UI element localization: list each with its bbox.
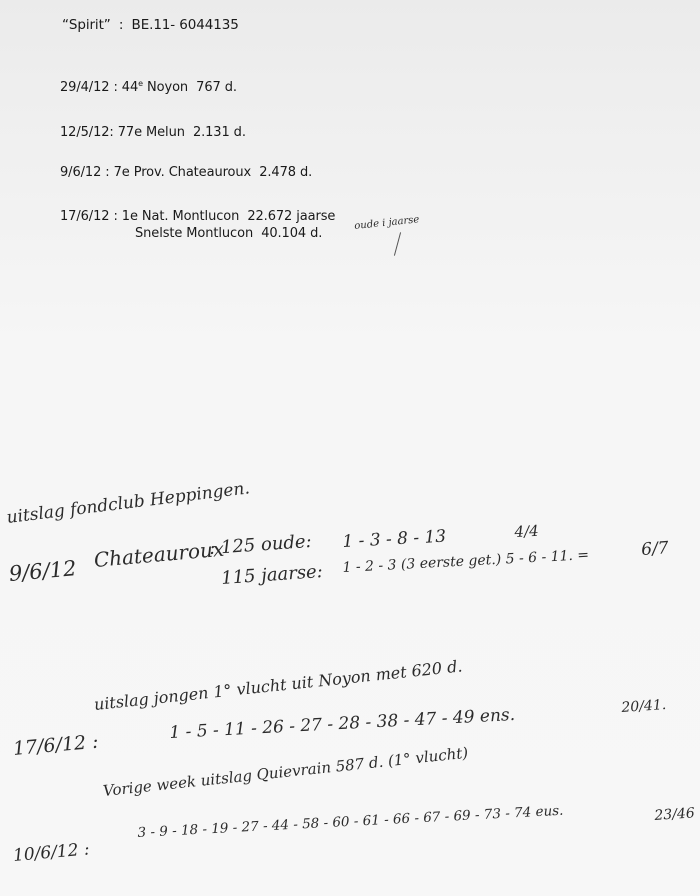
pigeon-header: “Spirit” : BE.11- 6044135	[62, 17, 239, 33]
fastest-label: Snelste Montlucon	[135, 226, 253, 241]
montlucon-ratio: 20/41.	[621, 697, 667, 716]
quievrain-places: 3 - 9 - 18 - 19 - 27 - 44 - 58 - 60 - 61…	[137, 803, 564, 841]
pigeon-name: “Spirit”	[62, 17, 111, 33]
result-date: 29/4/12 :	[60, 80, 118, 95]
result-date: 17/6/12 :	[60, 209, 118, 224]
result-row: 12/5/12: 77e Melun 2.131 d.	[60, 125, 246, 140]
jaarse-places: 1 - 2 - 3 (3 eerste get.) 5 - 6 - 11. =	[342, 547, 589, 576]
result-place: 77e	[118, 125, 142, 140]
chateauroux-date: 9/6/12	[8, 556, 77, 586]
result-race: Melun	[146, 125, 185, 140]
oude-label: : 125 oude:	[209, 531, 313, 559]
montlucon-places: 1 - 5 - 11 - 26 - 27 - 28 - 38 - 47 - 49…	[169, 705, 516, 743]
result-place: 1e Nat.	[122, 209, 169, 224]
header-separator: :	[119, 17, 123, 33]
handwritten-note: oude i jaarse	[354, 214, 420, 232]
result-count: 2.478 d.	[259, 165, 312, 180]
quievrain-date: 10/6/12 :	[12, 839, 90, 866]
oude-ratio: 4/4	[514, 522, 539, 541]
result-race: Noyon	[147, 80, 188, 95]
result-row: 9/6/12 : 7e Prov. Chateauroux 2.478 d.	[60, 165, 312, 180]
oude-places: 1 - 3 - 8 - 13	[342, 527, 447, 552]
result-place: 44e	[122, 80, 143, 95]
result-date: 12/5/12:	[60, 125, 114, 140]
jaarse-ratio: 6/7	[641, 538, 670, 560]
result-row: 17/6/12 : 1e Nat. Montlucon 22.672 jaars…	[60, 209, 335, 224]
quievrain-title: Vorige week uitslag Quievrain 587 d. (1°…	[102, 744, 469, 800]
fastest-count: 40.104 d.	[261, 226, 322, 241]
quievrain-ratio: 23/46	[654, 805, 695, 824]
result-race: Montlucon	[172, 209, 239, 224]
chateauroux-race: Chateauroux	[93, 537, 225, 572]
result-count: 2.131 d.	[193, 125, 246, 140]
jaarse-label: 115 jaarse:	[221, 561, 324, 589]
result-row-fastest: Snelste Montlucon 40.104 d.	[135, 226, 322, 241]
result-date: 9/6/12 :	[60, 165, 110, 180]
result-count: 767 d.	[196, 80, 237, 95]
montlucon-title: uitslag jongen 1° vlucht uit Noyon met 6…	[93, 656, 463, 714]
result-row: 29/4/12 : 44e Noyon 767 d.	[60, 79, 237, 95]
result-count: 22.672 jaarse	[247, 209, 335, 224]
club-title: uitslag fondclub Heppingen.	[6, 478, 251, 528]
result-place: 7e Prov.	[114, 165, 165, 180]
ring-number: BE.11- 6044135	[132, 17, 239, 33]
montlucon-date: 17/6/12 :	[12, 731, 99, 760]
note-stroke	[394, 232, 401, 255]
result-race: Chateauroux	[169, 165, 251, 180]
